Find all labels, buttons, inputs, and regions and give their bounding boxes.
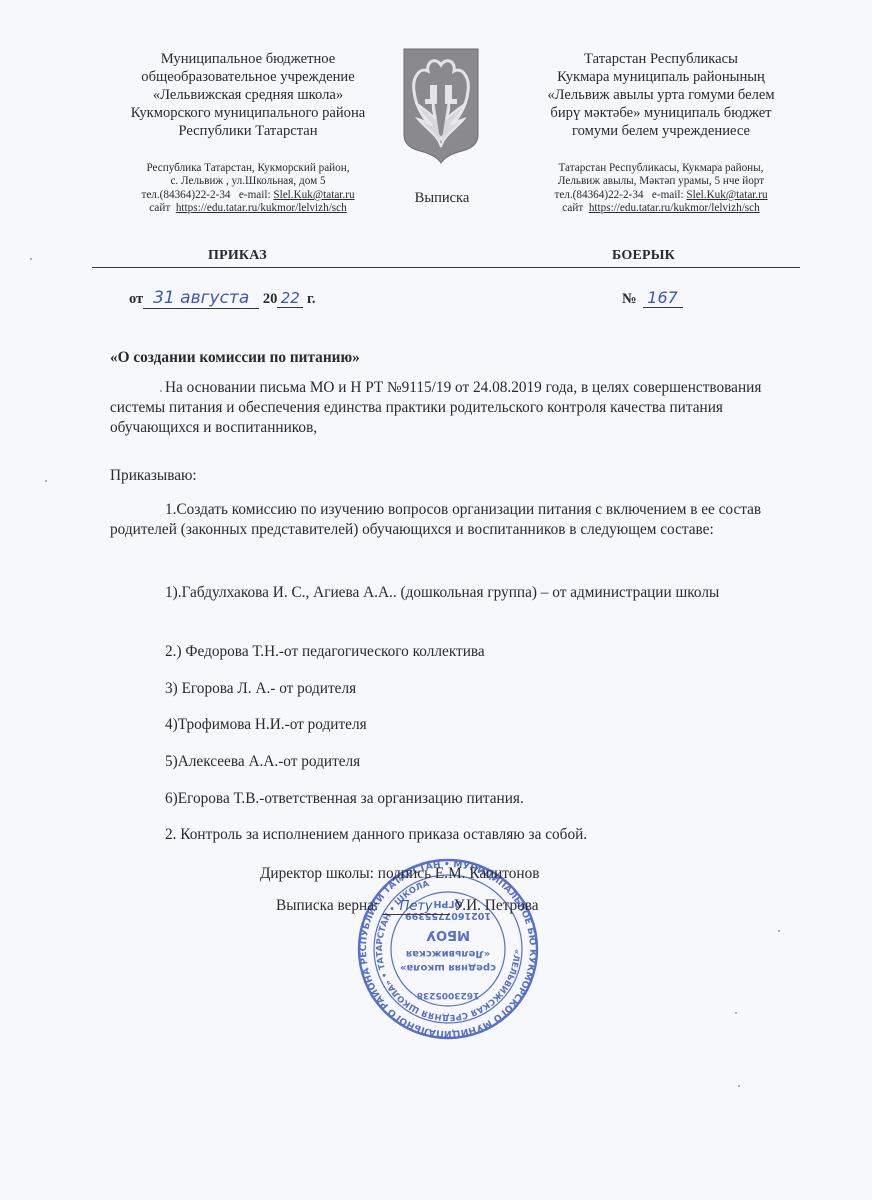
contacts-tt: Татарстан Республикасы, Кукмара районы, …	[496, 162, 826, 216]
header-left-russian: Муниципальное бюджетное общеобразователь…	[92, 50, 404, 216]
doc-type-ru: ПРИКАЗ	[208, 248, 267, 264]
email-link[interactable]: Slel.Kuk@tatar.ru	[273, 189, 354, 201]
member-item: 2.) Федорова Т.Н.-от педагогического кол…	[165, 642, 485, 662]
scan-speck	[30, 258, 32, 260]
member-item: 5)Алексеева А.А.-от родителя	[165, 752, 360, 772]
institution-name-ru: Муниципальное бюджетное общеобразователь…	[92, 50, 404, 140]
site-link[interactable]: https://edu.tatar.ru/kukmor/lelvizh/sch	[589, 202, 760, 214]
handwritten-signature: Пету	[382, 899, 450, 915]
doc-type-tt: БОЕРЫК	[612, 248, 675, 264]
institution-name-tt: Татарстан Республикасы Кукмара муниципал…	[496, 50, 826, 140]
order-title: «О создании комиссии по питанию»	[110, 348, 790, 368]
email-link[interactable]: Slel.Kuk@tatar.ru	[686, 189, 767, 201]
order-word: Приказываю:	[110, 466, 790, 486]
scan-speck	[160, 390, 162, 392]
copy-certified-line: Выписка верна: Пету У.И. Петрова	[276, 897, 539, 915]
member-item: 3) Егорова Л. А.- от родителя	[165, 679, 356, 699]
order-number: №167	[622, 288, 683, 308]
clause-1: 1.Создать комиссию по изучению вопросов …	[110, 500, 790, 540]
phone: тел.(84364)22-2-34	[141, 189, 230, 201]
coat-of-arms-icon	[402, 47, 480, 165]
member-item: 1).Габдулхакова И. С., Агиева А.А.. (дош…	[110, 580, 790, 606]
document-page: Муниципальное бюджетное общеобразователь…	[0, 0, 872, 1200]
svg-text:«Лельвижская: «Лельвижская	[406, 948, 490, 959]
address-line: с. Лельвиж , ул.Школьная, дом 5	[92, 175, 404, 188]
address-line: Лельвиж авылы, Мәктәп урамы, 5 нче йорт	[496, 175, 826, 188]
clause-2: 2. Контроль за исполнением данного прика…	[165, 825, 587, 845]
director-signature-line: Директор школы: подпись Е.М. Капитонов	[260, 865, 539, 883]
handwritten-year: 22	[277, 289, 303, 308]
site-link[interactable]: https://edu.tatar.ru/kukmor/lelvizh/sch	[176, 202, 347, 214]
address-line: Республика Татарстан, Кукморский район,	[92, 162, 404, 175]
scan-speck	[778, 930, 780, 932]
svg-text:1623005238: 1623005238	[417, 990, 480, 1000]
scan-speck	[735, 1012, 737, 1014]
header-right-tatar: Татарстан Республикасы Кукмара муниципал…	[496, 50, 826, 216]
basis-paragraph: На основании письма МО и Н РТ №9115/19 о…	[110, 378, 790, 438]
contacts-ru: Республика Татарстан, Кукморский район, …	[92, 162, 404, 216]
svg-text:средняя школа»: средняя школа»	[400, 962, 496, 973]
address-line: Татарстан Республикасы, Кукмара районы,	[496, 162, 826, 175]
scan-speck	[45, 480, 47, 482]
order-date: от31 августа 2022 г.	[129, 288, 316, 309]
svg-text:МБОУ: МБОУ	[426, 927, 470, 942]
member-item: 4)Трофимова Н.И.-от родителя	[165, 715, 367, 735]
handwritten-number: 167	[643, 288, 683, 308]
extract-label: Выписка	[380, 190, 504, 207]
header-divider	[92, 267, 800, 268]
phone: тел.(84364)22-2-34	[554, 189, 643, 201]
scan-speck	[738, 1085, 740, 1087]
member-item: 6)Егорова Т.В.-ответственная за организа…	[165, 789, 524, 809]
official-stamp-icon: КУКМОРСКОГО МУНИЦИПАЛЬНОГО РАЙОНА РЕСПУБ…	[356, 857, 540, 1041]
handwritten-date: 31 августа	[143, 288, 259, 309]
